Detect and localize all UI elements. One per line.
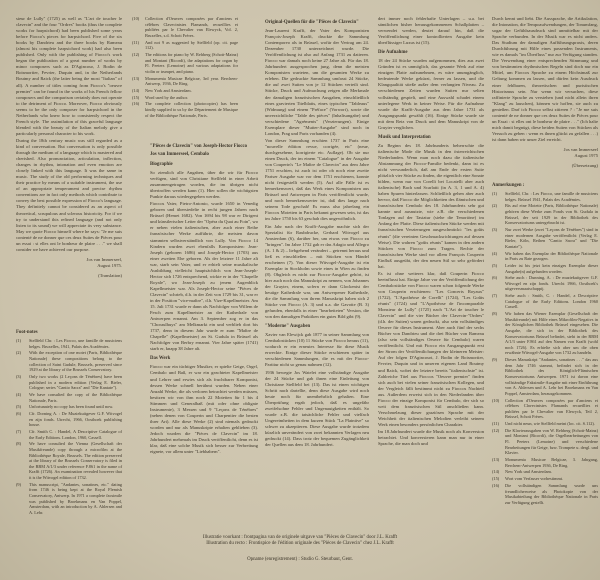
footnote-number: (6) [492, 275, 497, 281]
footnote-number: (5) [492, 263, 497, 269]
footnote-item: (14)New York und Amsterdam. [492, 469, 598, 475]
footnote-item: (6)Cfr. Dorning A. : De Muziekuitgever G… [16, 411, 122, 428]
section-heading: Original-Quellen für die "Pièces de Clav… [265, 20, 369, 26]
german-footnotes-heading: Anmerkungen : [492, 183, 598, 189]
footnote-number: (14) [492, 469, 499, 475]
footnote-number: (14) [132, 88, 139, 94]
footnote-text: New York und Amsterdam. [505, 469, 552, 474]
footnote-number: (16) [132, 101, 139, 107]
footnote-item: (2)Bis auf eine Motette (Paris, Biblioth… [492, 203, 598, 225]
footnote-item: (9)Dieses Manuskript "Andantes, sonatine… [492, 357, 598, 396]
section-paragraph: Es ist ohne weiteres klar, daß Couperin … [378, 271, 484, 428]
footnote-item: (15)Wort vom Verfasser vorbestimmt. [492, 476, 598, 482]
footnote-item: (1)Stellfeld, Chr. : Les Fiocco, une fam… [492, 191, 598, 202]
footnote-text: Cfr. Smith C. : Handel, A Descriptive Ca… [29, 429, 122, 440]
footnote-text: The editions for piano by W. Rehberg (Sc… [145, 52, 238, 74]
footnote-item: (7)Cfr. Smith C. : Handel, A Descriptive… [16, 429, 122, 440]
footnote-text: Dieses Manuskript "Andantes, sonatines .… [505, 357, 598, 396]
section-heading: Die Aufnahme [378, 50, 484, 56]
german-footnotes-list: (1)Stellfeld, Chr. : Les Fiocco, une fam… [492, 191, 598, 505]
footnote-item: (2)With the exception of one motet (Pari… [16, 350, 122, 372]
footnote-number: (13) [492, 457, 499, 463]
footnote-item: (8)We have consulted the Vienna (Gesells… [16, 441, 122, 480]
footnote-number: (7) [16, 429, 21, 435]
footnote-item: (12)Die Klavierausgaben von W. Rehberg (… [492, 428, 598, 456]
english-footnotes-heading: Foot-notes [16, 330, 122, 336]
section-heading: Biographie [150, 162, 258, 168]
german-essay-subtitle: Jos van Immerseel, Cembalo [150, 152, 258, 158]
footnote-item: (6)Siehe auch : Dunning, A. : De muzieku… [492, 275, 598, 292]
footnote-text: Unfortunately no copy has been found unt… [29, 404, 113, 409]
footnote-text: Monumenta Musicae Belgicae, 3rd year. Be… [145, 76, 238, 87]
footnote-item: (13)Monumenta Musicae Belgicae, 3rd year… [132, 76, 238, 87]
footnote-number: (11) [132, 40, 139, 46]
section-paragraph: Fioccos Vater, Pietro-Antonio, wurde 165… [150, 201, 258, 352]
english-essay-column: sieur de Lully" (1725) as well as "L'art… [16, 16, 122, 279]
footnote-text: Leider ist bis jetzt kein einziges Exemp… [505, 263, 598, 274]
footnote-item: (10)Collection d'Oeuvres composées par d… [132, 16, 238, 38]
footnote-item: (14)New York and Amsterdam. [132, 88, 238, 94]
footnote-text: This manuscript, "Andantes, sonatines, e… [29, 482, 122, 515]
german-essay-sections: BiographieSo ziemlich alle Angaben, über… [150, 162, 258, 455]
footnote-item: (8)Wir haben das Wiener Exemplar (Gesell… [492, 311, 598, 356]
footnote-item: (11)And not 9 as suggested by Stellfeld … [132, 40, 238, 51]
footnote-number: (10) [492, 398, 499, 404]
footnote-text: Word used by the author. [145, 95, 188, 100]
german-essay-column-1: "Pièces de Clavecin" von Joseph-Hector F… [150, 140, 258, 456]
footnote-text: Collection d'Oeuvres composées par d'anc… [145, 16, 238, 38]
english-translation-note: (Translation) [16, 273, 122, 279]
footnote-number: (9) [16, 482, 21, 488]
footnote-text: Und nicht neun, wie Stellfeld meint (loc… [505, 421, 595, 426]
footnote-item: (9)This manuscript, "Andantes, sonatines… [16, 482, 122, 516]
footnote-item: (4)Wir haben das Exemplar der Bibliothèq… [492, 251, 598, 262]
section-paragraph: 1936 bewegte Jos Watelet eine vollständi… [265, 370, 369, 449]
footnote-item: (13)Monumenta Musicae Belgicae, 3. Jahrg… [492, 457, 598, 468]
german-signature-date: August 1975 [492, 153, 598, 159]
english-footnotes-continued: (10)Collection d'Oeuvres composées par d… [132, 16, 238, 119]
footnote-text: Die Klavierausgaben von W. Rehberg (Scho… [505, 428, 598, 455]
footnote-item: (16)The complete collection (photocopies… [132, 101, 238, 118]
footnote-text: Only two works (2 Leçons de Ténèbres) ha… [29, 374, 122, 390]
section-paragraph: Xavier van Elewijck gab 1877 in seiner S… [265, 332, 369, 368]
footnote-number: (8) [16, 441, 21, 447]
footnote-number: (4) [16, 392, 21, 398]
footnote-number: (4) [492, 251, 497, 257]
footnote-text: Wir haben das Exemplar der Bibliothèque … [505, 251, 598, 262]
footnote-number: (3) [492, 227, 497, 233]
footnote-text: With the exception of one motet (Paris, … [29, 350, 122, 372]
footnote-text: Wir haben das Wiener Exemplar (Gesellsch… [505, 311, 598, 355]
section-paragraph: So ziemlich alle Angaben, über die wir f… [150, 170, 258, 200]
footnote-text: Monumenta Musicae Belgicae, 3. Jahrgang,… [505, 457, 598, 468]
footnote-number: (15) [492, 476, 499, 482]
section-paragraph: Von dieser Sammlung erschien 1737 in Par… [265, 138, 369, 223]
section-paragraph: Jean-Laurent Krafft, der Vater des Kompo… [265, 28, 369, 137]
footnote-text: We have consulted the copy of the Biblio… [29, 392, 122, 403]
footnote-item: (16)Die vollständigen Sammlung wurde uns… [492, 483, 598, 505]
german-essay-column-4: Durch kennt und liebt. Die Aussprache, d… [492, 16, 598, 507]
footnote-number: (12) [492, 428, 499, 434]
footnote-number: (5) [16, 404, 21, 410]
footnote-text: Nur zwei Werke (zwei "Leçons de Ténèbres… [505, 227, 598, 249]
german-sources-sections: Original-Quellen für die "Pièces de Clav… [265, 20, 369, 448]
footnote-number: (12) [132, 52, 139, 58]
footnote-text: Bis auf eine Motette (Paris, Bibliothèqu… [505, 203, 598, 225]
footnote-number: (1) [16, 338, 21, 344]
footnote-text: And not 9 as suggested by Stellfeld (op.… [145, 40, 238, 51]
footnote-item: (15)Word used by the author. [132, 95, 238, 101]
section-paragraph: Ein Jahr nach der Krafft-Ausgabe machte … [265, 224, 369, 321]
section-heading: Musik und Interpretation [378, 135, 484, 141]
english-footnotes: Foot-notes (1)Stellfeld Chr. : Les Fiocc… [16, 326, 122, 517]
footnote-item: (12)The editions for piano by W. Rehberg… [132, 52, 238, 74]
footnote-item: (5)Leider ist bis jetzt kein einziges Ex… [492, 263, 598, 274]
footnote-number: (2) [492, 203, 497, 209]
footnote-number: (6) [16, 411, 21, 417]
footnote-number: (9) [492, 357, 497, 363]
recording-credit: Opname (enregistrement) : Studio G. Steu… [0, 557, 600, 563]
liner-notes-page: sieur de Lully" (1725) as well as "L'art… [0, 0, 600, 580]
english-footnotes-continued-list: (10)Collection d'Oeuvres composées par d… [132, 16, 238, 118]
section-heading: "Moderne" Ausgaben [265, 324, 369, 330]
section-paragraph: Zu Beginn des 18. Jahrhunderts beherrsch… [378, 143, 484, 270]
footnote-item: (7)Siehe auch : Smith, C. : Handel, a De… [492, 293, 598, 310]
section-heading: Das Werk [150, 356, 258, 362]
footnote-text: Cfr. Dorning A. : De Muziekuitgever G.F.… [29, 411, 122, 427]
footnote-item: (5)Unfortunately no copy has been found … [16, 404, 122, 410]
english-signature-date: August 1975. [16, 263, 122, 269]
section-paragraph: Im 18.Jahrhundert wurde die Musik noch a… [378, 429, 484, 447]
english-signature: Jos van Immerseel, August 1975. [16, 257, 122, 269]
footnote-text: Stellfeld Chr. : Les Fiocco, une famille… [29, 338, 122, 349]
footnote-item: (3)Only two works (2 Leçons de Ténèbres)… [16, 374, 122, 391]
german-recording-sections: Die Aufnahme18 der 24 Stücke wurden aufg… [378, 50, 484, 447]
footnote-text: Collection d'Oeuvres composées par d'anc… [505, 398, 598, 420]
footnote-number: (2) [16, 350, 21, 356]
english-paragraph-1: sieur de Lully" (1725) as well as "L'art… [16, 16, 122, 137]
footnote-number: (11) [492, 421, 499, 427]
german-final-paragraph: Durch kennt und liebt. Die Aussprache, d… [492, 16, 598, 143]
footnote-text: We have consulted the Vienna (Gesellscha… [29, 441, 122, 480]
footnote-text: Siehe auch : Smith, C. : Handel, a Descr… [505, 293, 598, 309]
footnote-item: (1)Stellfeld Chr. : Les Fiocco, une fami… [16, 338, 122, 349]
german-signature: Jos van Immerseel August 1975 [492, 147, 598, 159]
footnote-item: (11)Und nicht neun, wie Stellfeld meint … [492, 421, 598, 427]
english-footnotes-list: (1)Stellfeld Chr. : Les Fiocco, une fami… [16, 338, 122, 515]
footnote-number: (3) [16, 374, 21, 380]
german-essay-column-3: dert immer noch fehlerhafte Unterlagen –… [378, 16, 484, 448]
footnote-item: (10)Collection d'Oeuvres composées par d… [492, 398, 598, 420]
section-paragraph: Fiocco war ein tüchtiger Musiker, er spi… [150, 364, 258, 455]
german-col3-lead-paragraph: dert immer noch fehlerhafte Unterlagen –… [378, 16, 484, 46]
footnote-item: (4)We have consulted the copy of the Bib… [16, 392, 122, 403]
german-essay-column-2: Original-Quellen für die "Pièces de Clav… [265, 16, 369, 449]
footnote-text: Siehe auch : Dunning, A. : De muziekuitg… [505, 275, 598, 291]
english-paragraph-2: During the 18th century music was still … [16, 138, 122, 253]
german-essay-title: "Pièces de Clavecin" von Joseph-Hector F… [150, 144, 258, 150]
footnote-text: Stellfeld, Chr. : Les Fiocco, une famill… [505, 191, 598, 202]
footnote-number: (8) [492, 311, 497, 317]
illustration-credit-french: Illustration du recto : Frontispice de l… [0, 541, 600, 547]
footnote-text: Wort vom Verfasser vorbestimmt. [505, 476, 563, 481]
footnote-text: New York and Amsterdam. [145, 88, 192, 93]
footnote-text: The complete collection (photocopies) ha… [145, 101, 238, 117]
footnote-number: (16) [492, 483, 499, 489]
german-translation-note: (Übersetzung) [492, 163, 598, 169]
footnote-number: (1) [492, 191, 497, 197]
footnote-number: (7) [492, 293, 497, 299]
footnote-number: (10) [132, 16, 139, 22]
credits-block: Illustratie voorkant : frontpagina van d… [0, 535, 600, 563]
section-paragraph: 18 der 24 Stücke wurden aufgenommen, die… [378, 58, 484, 131]
footnote-number: (15) [132, 95, 139, 101]
footnote-item: (3)Nur zwei Werke (zwei "Leçons de Ténèb… [492, 227, 598, 249]
footnote-text: Die vollständigen Sammlung wurde uns fre… [505, 483, 598, 505]
footnote-number: (13) [132, 76, 139, 82]
